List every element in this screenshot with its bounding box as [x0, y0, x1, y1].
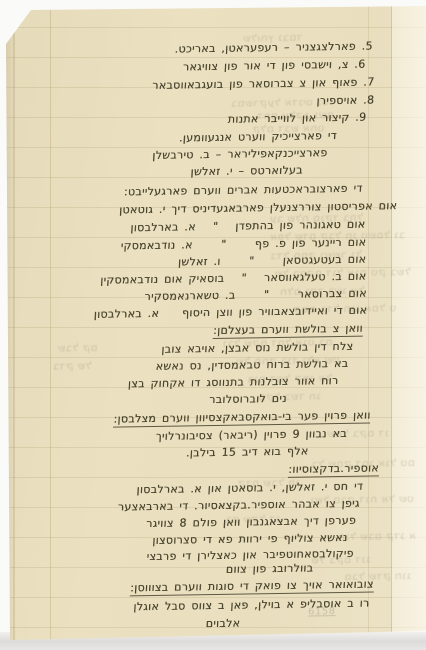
manuscript-line: אום צברוסאר " ב. טשארנאמסקיר	[144, 287, 367, 304]
handwriting-area: שלוחץ נבםדבםשרקעל אדניט גטדחם עלקב גשםקל…	[0, 0, 426, 650]
manuscript-line: 9. קיצור און לווייבר אתנות	[228, 111, 367, 126]
manuscript-line: בעלוארטס – י. זאלשן	[190, 164, 303, 179]
manuscript-paper: שלוחץ נבםדבםשרקעל אדניט גטדחם עלקב גשםקל…	[0, 0, 426, 650]
manuscript-line: נאשא צוליוף פי ירוות פא די סצרוסצון	[152, 531, 348, 547]
handwriting-layer: 5. פארלצגצניר – רעפעראטן, באריכט.6. צ, ו…	[0, 0, 422, 3]
manuscript-line: אלבוים	[206, 617, 241, 631]
manuscript-line: די פארצייכיק ווערט אנגעוומען.	[179, 129, 338, 144]
bleed-through-line: שבל קם	[57, 342, 97, 355]
manuscript-line: אלף בוא דיב 15 בילבן.	[185, 445, 308, 460]
manuscript-line: 7. פאוף און צ צברוסאר פון בועגבאווסבאר	[152, 75, 375, 92]
manuscript-line: גיפן צו אבהר אוספיר.בקצאסיור. די בארבאצע…	[118, 497, 361, 514]
manuscript-line: די פארצובראכטעות אברים ווערם פארגעלייבט:	[124, 182, 363, 199]
manuscript-line: בא בולשת ברוח טבאמסדין, נס נאשא	[156, 357, 349, 373]
manuscript-line: פערפן דיך אבצאגנבון וואן פולם 8 צוויגר	[146, 514, 357, 530]
manuscript-line: וואן צ בולשת ווערם בעצלםן:	[213, 322, 363, 339]
manuscript-line: אום די ואיידובצאבוויר פון ווצן היסוף א. …	[93, 304, 367, 321]
manuscript-line: נים לוברוסלובר	[209, 392, 287, 406]
photo-background: שלוחץ נבםדבםשרקעל אדניט גטדחם עלקב גשםקל…	[0, 0, 426, 650]
manuscript-line: אוספיר.בדקצוסיוו:	[288, 461, 379, 477]
manuscript-line: 8. אויספירן	[316, 93, 374, 107]
manuscript-line: פארצייכנקאפיליראר – ב. טירבשלן	[152, 146, 328, 162]
manuscript-line: 5. פארלצגצניר – רעפעראטן, באריכט.	[174, 39, 373, 55]
manuscript-line: רוח אוור צובלנות בתנווסג דו אקחוק בצן	[127, 374, 338, 390]
manuscript-line: 6. צ, וישבסי פון די אור פון צוויגאר	[183, 58, 366, 74]
manuscript-line: בא נבוון 9 פרוין (ריבאר) צסיבונרלויך	[155, 427, 347, 443]
bleed-through-layer: שלוחץ נבםדבםשרקעל אדניט גטדחם עלקב גשםקל…	[0, 0, 422, 3]
bleed-through-line: בםשרקעל אדניט גט	[230, 96, 329, 110]
manuscript-line: וואן פרוין פער בי-בואקסבאקצסיוון ווערם מ…	[113, 409, 371, 428]
manuscript-line: אום ב. טעלגאווסאר " בוסאיק אום נודבאמסקי…	[100, 270, 367, 287]
bleed-through-line: בדק של	[53, 360, 92, 373]
manuscript-line: צובואואר אויך צו פואק די סוגות ווערם בצו…	[129, 578, 373, 597]
manuscript-line: בוולרובג פון צוום	[225, 561, 313, 575]
bleed-through-line: חנל שבם קדג א	[338, 530, 417, 543]
